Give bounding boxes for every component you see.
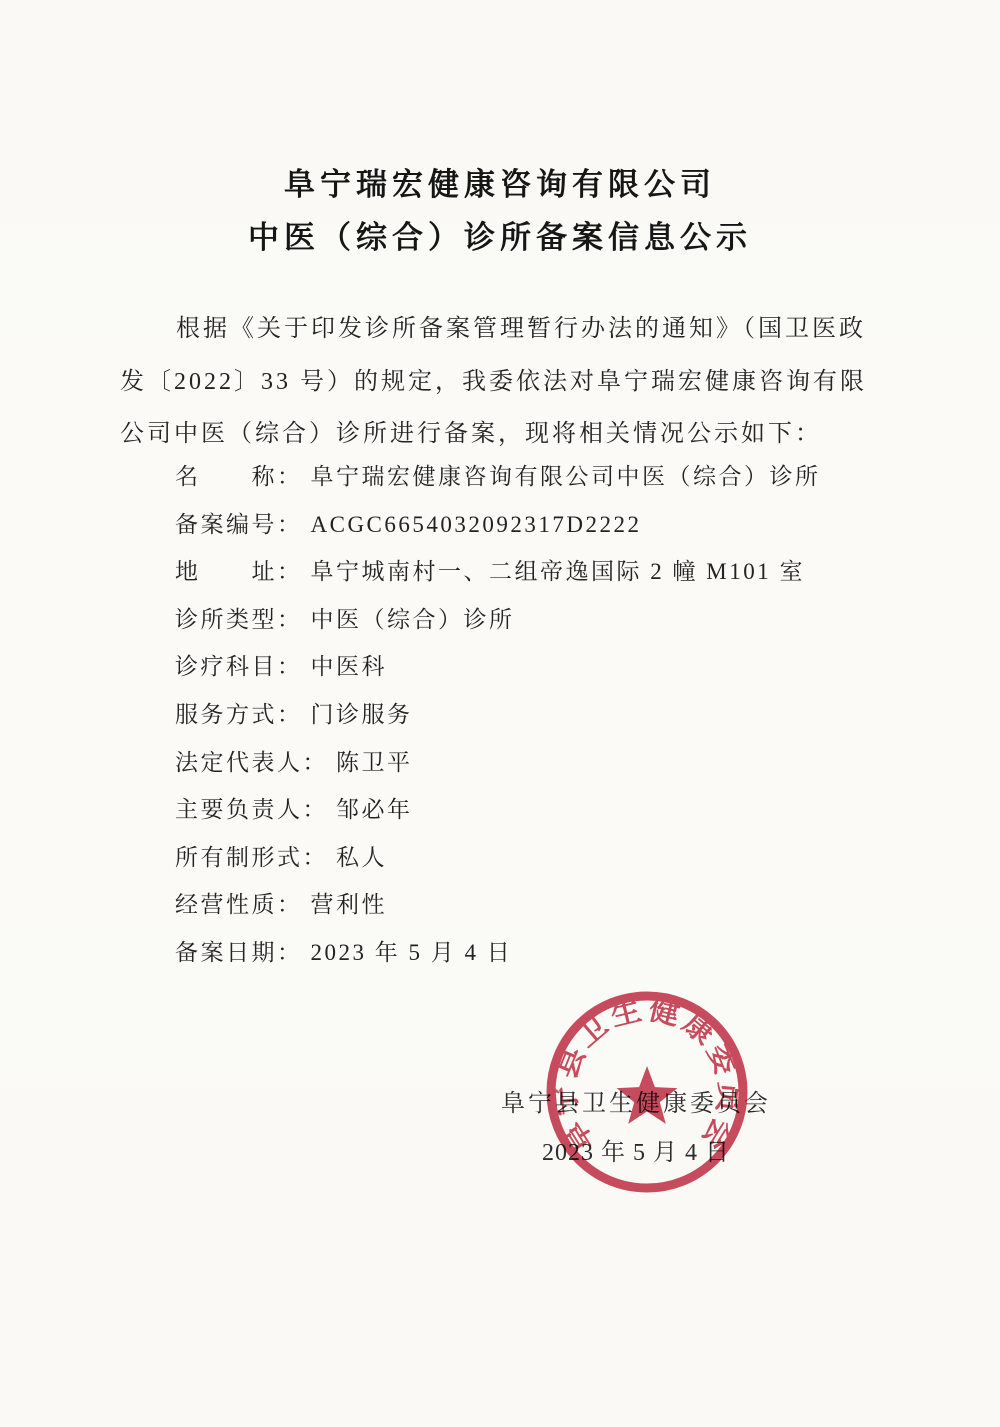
field-label: 诊所类型： bbox=[175, 596, 303, 644]
field-label: 主要负责人： bbox=[175, 786, 328, 834]
field-row: 备案编号：ACGC6654032092317D2222 bbox=[175, 501, 935, 549]
field-row: 诊疗科目：中医科 bbox=[175, 643, 935, 691]
field-value: 阜宁瑞宏健康咨询有限公司中医（综合）诊所 bbox=[311, 453, 821, 501]
field-row: 主要负责人：邹必年 bbox=[175, 786, 935, 834]
field-value: 门诊服务 bbox=[311, 691, 413, 739]
title-line-1: 阜宁瑞宏健康咨询有限公司 bbox=[0, 158, 1000, 211]
field-label: 地 址： bbox=[175, 548, 303, 596]
title-line-2: 中医（综合）诊所备案信息公示 bbox=[0, 211, 1000, 264]
field-label: 所有制形式： bbox=[175, 834, 328, 882]
field-label: 备案编号： bbox=[175, 501, 303, 549]
signature-date: 2023 年 5 月 4 日 bbox=[506, 1132, 766, 1167]
field-label: 服务方式： bbox=[175, 691, 303, 739]
document-page: 阜宁瑞宏健康咨询有限公司 中医（综合）诊所备案信息公示 根据《关于印发诊所备案管… bbox=[0, 0, 1000, 1427]
field-value: 陈卫平 bbox=[336, 739, 413, 787]
field-row: 名 称：阜宁瑞宏健康咨询有限公司中医（综合）诊所 bbox=[175, 453, 935, 501]
paragraph-line: 发〔2022〕33 号）的规定，我委依法对阜宁瑞宏健康咨询有限 bbox=[120, 356, 910, 409]
field-label: 名 称： bbox=[175, 453, 303, 501]
field-value: 中医科 bbox=[311, 643, 388, 691]
field-label: 法定代表人： bbox=[175, 739, 328, 787]
paragraph-line: 根据《关于印发诊所备案管理暂行办法的通知》（国卫医政 bbox=[120, 303, 910, 356]
field-row: 法定代表人：陈卫平 bbox=[175, 739, 935, 787]
field-value: ACGC6654032092317D2222 bbox=[311, 501, 642, 549]
field-label: 诊疗科目： bbox=[175, 643, 303, 691]
field-value: 中医（综合）诊所 bbox=[311, 596, 515, 644]
field-row: 地 址：阜宁城南村一、二组帝逸国际 2 幢 M101 室 bbox=[175, 548, 935, 596]
field-row: 所有制形式：私人 bbox=[175, 834, 935, 882]
field-value: 阜宁城南村一、二组帝逸国际 2 幢 M101 室 bbox=[311, 548, 805, 596]
fields-list: 名 称：阜宁瑞宏健康咨询有限公司中医（综合）诊所备案编号：ACGC6654032… bbox=[175, 453, 935, 977]
field-value: 营利性 bbox=[311, 881, 388, 929]
field-label: 备案日期： bbox=[175, 929, 303, 977]
intro-paragraph: 根据《关于印发诊所备案管理暂行办法的通知》（国卫医政 发〔2022〕33 号）的… bbox=[120, 303, 910, 461]
field-row: 经营性质：营利性 bbox=[175, 881, 935, 929]
field-value: 邹必年 bbox=[336, 786, 413, 834]
field-row: 诊所类型：中医（综合）诊所 bbox=[175, 596, 935, 644]
field-row: 备案日期：2023 年 5 月 4 日 bbox=[175, 929, 935, 977]
field-value: 2023 年 5 月 4 日 bbox=[311, 929, 513, 977]
field-value: 私人 bbox=[336, 834, 387, 882]
document-title: 阜宁瑞宏健康咨询有限公司 中医（综合）诊所备案信息公示 bbox=[0, 158, 1000, 264]
field-row: 服务方式：门诊服务 bbox=[175, 691, 935, 739]
field-label: 经营性质： bbox=[175, 881, 303, 929]
signature-organization: 阜宁县卫生健康委员会 bbox=[486, 1083, 786, 1118]
